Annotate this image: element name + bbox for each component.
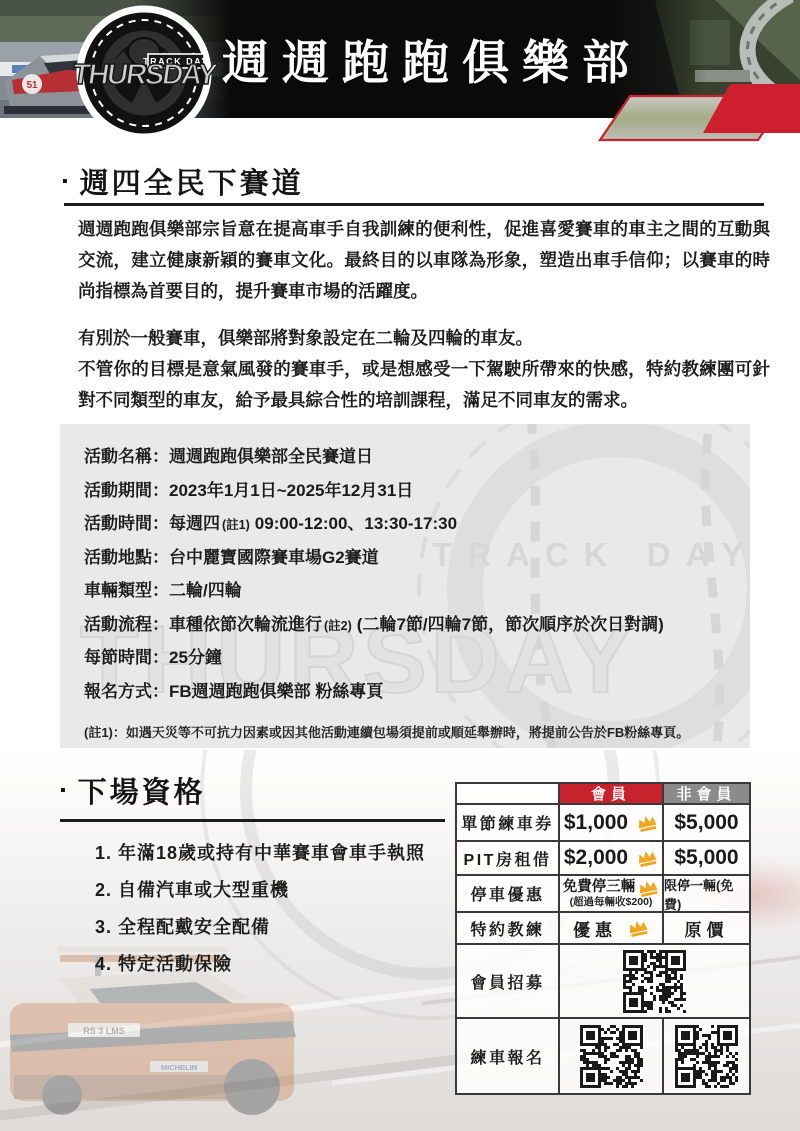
non-member-price-cell: $5,000 xyxy=(664,805,749,842)
qualification-list: 1. 年滿18歲或持有中華賽車會車手執照 2. 自備汽車或大型重機 3. 全程配… xyxy=(60,835,452,983)
section-intro-title: 週四全民下賽道 xyxy=(80,161,304,202)
info-row: 活動名稱：週週跑跑俱樂部全民賽道日 xyxy=(84,441,750,475)
red-stripe-decoration xyxy=(595,80,800,145)
member-price: 免費停三輛 xyxy=(563,880,636,896)
qualification-item: 1. 年滿18歲或持有中華賽車會車手執照 xyxy=(95,835,452,872)
info-label: 每節時間 xyxy=(84,648,152,667)
info-label: 報名方式 xyxy=(84,682,152,701)
row-label: 練車報名 xyxy=(457,1019,560,1093)
page-title: 週週跑跑俱樂部 xyxy=(222,26,642,93)
price-table: 會員 非會員 單節練車券 $1,000 $5,000 PIT房租借 $2,000… xyxy=(455,782,751,1095)
crown-icon xyxy=(625,917,650,939)
member-price-cell: $2,000 xyxy=(560,842,664,876)
section-divider xyxy=(64,203,764,206)
section-qualification-heading: ▪ 下場資格 xyxy=(60,770,452,811)
row-label: 會員招募 xyxy=(457,945,560,1019)
info-row: 活動期間：2023年1月1日~2025年12月31日 xyxy=(84,475,750,509)
column-header-member: 會員 xyxy=(560,784,664,805)
column-header-non-member: 非會員 xyxy=(664,784,749,805)
section-intro-heading: ▪ 週四全民下賽道 xyxy=(62,161,304,202)
section-qualification-title: 下場資格 xyxy=(78,770,206,811)
member-price-cell: $1,000 xyxy=(560,805,664,842)
qualification-section: ▪ 下場資格 1. 年滿18歲或持有中華賽車會車手執照 2. 自備汽車或大型重機… xyxy=(60,770,452,983)
qr-code-member-signup xyxy=(580,1025,643,1088)
qr-code-member-recruit xyxy=(623,950,686,1013)
info-label: 活動地點 xyxy=(84,548,152,567)
thursday-trackday-logo: TRACK DAY THURSDAY xyxy=(70,2,218,144)
info-row: 車輛類型：二輪/四輪 xyxy=(84,575,750,609)
crown-icon xyxy=(636,877,661,899)
section-divider xyxy=(60,819,445,822)
qr-code-non-member-signup xyxy=(675,1025,738,1088)
qualification-item: 4. 特定活動保險 xyxy=(95,946,452,983)
intro-paragraph: 週週跑跑俱樂部宗旨意在提高車手自我訓練的便利性，促進喜愛賽車的車主之間的互動與交… xyxy=(78,214,770,307)
row-label: 特約教練 xyxy=(457,913,560,945)
info-row: 活動地點：台中麗寶國際賽車場G2賽道 xyxy=(84,542,750,576)
row-label: PIT房租借 xyxy=(457,842,560,876)
flyer-page: RS 3 LMS MICHELIN xyxy=(0,0,800,1131)
event-info-rows: 活動名稱：週週跑跑俱樂部全民賽道日 活動期間：2023年1月1日~2025年12… xyxy=(60,424,750,709)
tire-sponsor-label: MICHELIN xyxy=(161,1063,197,1072)
qualification-item: 2. 自備汽車或大型重機 xyxy=(95,872,452,909)
info-row: 活動流程：車種依節次輪流進行(註2)(二輪7節/四輪7節，節次順序於次日對調) xyxy=(84,609,750,643)
qualification-item: 3. 全程配戴安全配備 xyxy=(95,909,452,946)
non-member-price-cell: 原價 xyxy=(664,913,749,945)
info-label: 活動期間 xyxy=(84,481,152,500)
footnote: (註2)：若單節次人數過多時，會改採節次預約制。 xyxy=(84,747,750,748)
info-label: 活動名稱 xyxy=(84,447,152,466)
info-row: 報名方式：FB週週跑跑俱樂部 粉絲專頁 xyxy=(84,676,750,710)
row-label: 單節練車券 xyxy=(457,805,560,842)
intro-paragraph: 有別於一般賽車，俱樂部將對象設定在二輪及四輪的車友。 xyxy=(78,323,770,354)
non-member-price-cell: $5,000 xyxy=(664,842,749,876)
footnotes: (註1)：如遇天災等不可抗力因素或因其他活動連續包場須提前或順延舉辦時，將提前公… xyxy=(60,718,750,748)
member-signup-qr-cell xyxy=(560,1019,664,1093)
info-label: 活動流程 xyxy=(84,615,152,634)
member-recruit-qr-cell xyxy=(560,945,749,1019)
member-price-cell: 免費停三輛 (超過每輛收$200) xyxy=(560,876,664,913)
non-member-signup-qr-cell xyxy=(664,1019,749,1093)
member-price-cell: 優惠 xyxy=(560,913,664,945)
info-row: 活動時間：每週四(註1)09:00-12:00、13:30-17:30 xyxy=(84,508,750,542)
crown-icon xyxy=(634,811,659,833)
info-row: 每節時間：25分鐘 xyxy=(84,642,750,676)
member-price: $2,000 xyxy=(564,846,628,870)
footnote: (註1)：如遇天災等不可抗力因素或因其他活動連續包場須提前或順延舉辦時，將提前公… xyxy=(84,718,750,747)
info-label: 車輛類型 xyxy=(84,581,152,600)
event-info-box: TRACK DAY THURSDAY 活動名稱：週週跑跑俱樂部全民賽道日 活動期… xyxy=(60,424,750,748)
table-corner-cell xyxy=(457,784,560,805)
intro-paragraph: 不管你的目標是意氣風發的賽車手，或是想感受一下駕駛所帶來的快感，特約教練團可針對… xyxy=(78,354,770,416)
car-livery-label: RS 3 LMS xyxy=(83,1026,125,1036)
info-label: 活動時間 xyxy=(84,514,152,533)
row-label: 停車優惠 xyxy=(457,876,560,913)
square-bullet-icon: ▪ xyxy=(60,783,66,799)
logo-thursday-text: THURSDAY xyxy=(70,59,218,91)
member-price: 優惠 xyxy=(573,916,617,941)
intro-paragraphs: 週週跑跑俱樂部宗旨意在提高車手自我訓練的便利性，促進喜愛賽車的車主之間的互動與交… xyxy=(78,214,770,416)
non-member-price-cell: 限停一輛(免費) xyxy=(664,876,749,913)
crown-icon xyxy=(634,847,659,869)
member-price: $1,000 xyxy=(564,811,628,835)
square-bullet-icon: ▪ xyxy=(62,174,68,190)
